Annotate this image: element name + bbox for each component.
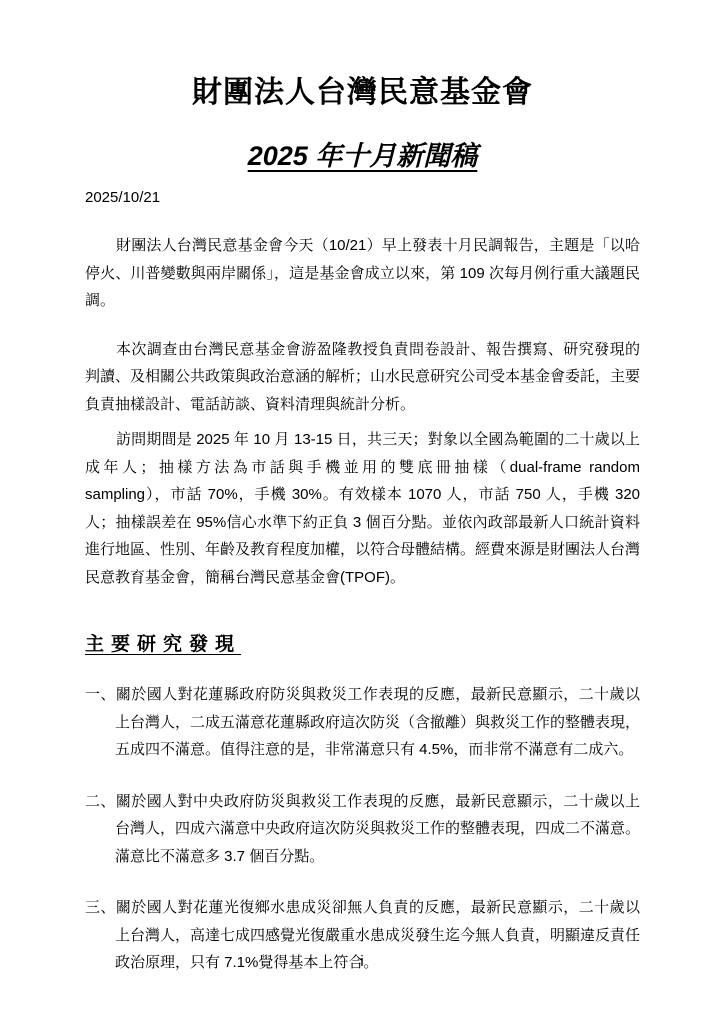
intro-paragraph-1: 財團法人台灣民意基金會今天（10/21）早上發表十月民調報告，主題是「以哈停火、… <box>85 232 640 315</box>
finding-text: 關於國人對花蓮縣政府防災與救災工作表現的反應，最新民意顯示，二十歲以上台灣人，二… <box>115 686 640 758</box>
finding-text: 關於國人對中央政府防災與救災工作表現的反應，最新民意顯示，二十歲以上台灣人，四成… <box>115 793 640 865</box>
document-subtitle: 2025 年十月新聞稿 <box>85 138 640 174</box>
finding-item-2: 二、關於國人對中央政府防災與救災工作表現的反應，最新民意顯示，二十歲以上台灣人，… <box>85 788 640 871</box>
document-title: 財團法人台灣民意基金會 <box>85 72 640 114</box>
findings-section-heading: 主要研究發現 <box>85 631 640 657</box>
document-page: 財團法人台灣民意基金會 2025 年十月新聞稿 2025/10/21 財團法人台… <box>0 0 724 1024</box>
finding-number: 二、 <box>85 793 116 810</box>
finding-number: 一、 <box>85 686 116 703</box>
page-number: i <box>0 953 724 971</box>
document-subtitle-text: 2025 年十月新聞稿 <box>248 141 478 171</box>
finding-number: 三、 <box>85 899 116 916</box>
intro-paragraph-2: 本次調查由台灣民意基金會游盈隆教授負責問卷設計、報告撰寫、研究發現的判讀、及相關… <box>85 336 640 419</box>
document-date: 2025/10/21 <box>85 189 640 207</box>
intro-paragraph-3: 訪問期間是 2025 年 10 月 13-15 日，共三天；對象以全國為範圍的二… <box>85 426 640 591</box>
finding-item-1: 一、關於國人對花蓮縣政府防災與救災工作表現的反應，最新民意顯示，二十歲以上台灣人… <box>85 681 640 764</box>
